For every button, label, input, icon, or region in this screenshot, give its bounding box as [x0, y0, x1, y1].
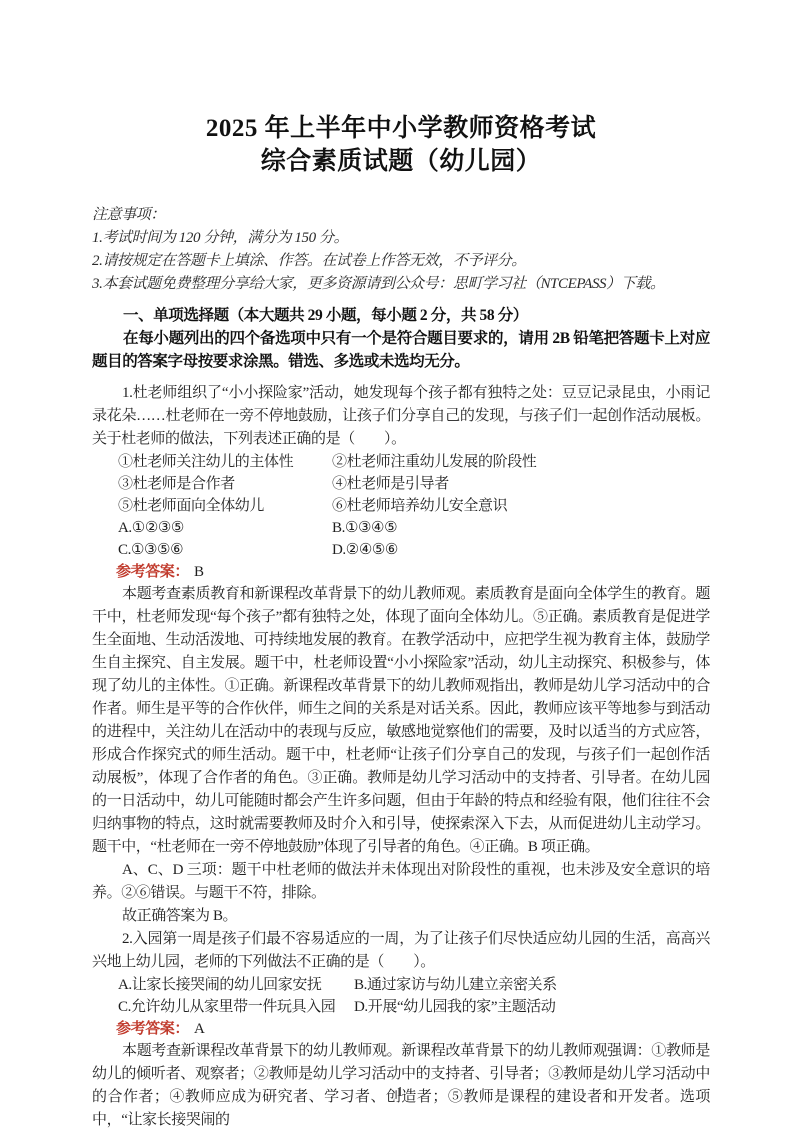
option-c: C.①③⑤⑥ [92, 539, 332, 561]
option-item-1: ①杜老师关注幼儿的主体性 [92, 451, 332, 473]
option-row: C.允许幼儿从家里带一件玩具入园 D.开展“幼儿园我的家”主题活动 [92, 996, 710, 1018]
answer-label: 参考答案： [116, 564, 189, 580]
question-1-stem: 1.杜老师组织了“小小探险家”活动，她发现每个孩子都有独特之处：豆豆记录昆虫，小… [92, 382, 710, 451]
page-number: 1 [0, 1085, 800, 1101]
answer-value: A [194, 1021, 204, 1037]
notice-item: 3.本套试题免费整理分享给大家，更多资源请到公众号：思町学习社（NTCEPASS… [92, 273, 710, 296]
option-b: B.①③④⑤ [332, 517, 710, 539]
question-2-stem: 2.入园第一周是孩子们最不容易适应的一周，为了让孩子们尽快适应幼儿园的生活，高高… [92, 928, 710, 974]
option-row: ③杜老师是合作者 ④杜老师是引导者 [92, 473, 710, 495]
option-d: D.开展“幼儿园我的家”主题活动 [354, 996, 710, 1018]
notice-item: 2.请按规定在答题卡上填涂、作答。在试卷上作答无效，不予评分。 [92, 250, 710, 273]
question-1-analysis-3: 故正确答案为 B。 [92, 905, 710, 928]
document-title: 2025 年上半年中小学教师资格考试 综合素质试题（幼儿园） [92, 112, 710, 178]
option-row: A.让家长接哭闹的幼儿回家安抚 B.通过家访与幼儿建立亲密关系 [92, 974, 710, 996]
option-row: A.①②③⑤ B.①③④⑤ [92, 517, 710, 539]
section-heading: 一、单项选择题（本大题共 29 小题，每小题 2 分，共 58 分） [92, 304, 710, 327]
option-item-4: ④杜老师是引导者 [332, 473, 710, 495]
option-row: ⑤杜老师面向全体幼儿 ⑥杜老师培养幼儿安全意识 [92, 495, 710, 517]
question-1-analysis-1: 本题考查素质教育和新课程改革背景下的幼儿教师观。素质教育是面向全体学生的教育。题… [92, 583, 710, 859]
option-row: C.①③⑤⑥ D.②④⑤⑥ [92, 539, 710, 561]
answer-label: 参考答案： [116, 1021, 189, 1037]
option-d: D.②④⑤⑥ [332, 539, 710, 561]
question-2-answer-line: 参考答案：A [92, 1018, 710, 1040]
section-instruction: 在每小题列出的四个备选项中只有一个是符合题目要求的，请用 2B 铅笔把答题卡上对… [92, 327, 710, 373]
question-2-options: A.让家长接哭闹的幼儿回家安抚 B.通过家访与幼儿建立亲密关系 C.允许幼儿从家… [92, 974, 710, 1018]
question-1-answer-line: 参考答案：B [92, 561, 710, 583]
notice-section: 注意事项： 1.考试时间为 120 分钟，满分为 150 分。 2.请按规定在答… [92, 204, 710, 296]
question-1-analysis-2: A、C、D 三项：题干中杜老师的做法并未体现出对阶段性的重视，也未涉及安全意识的… [92, 859, 710, 905]
option-a: A.①②③⑤ [92, 517, 332, 539]
option-item-2: ②杜老师注重幼儿发展的阶段性 [332, 451, 710, 473]
option-row: ①杜老师关注幼儿的主体性 ②杜老师注重幼儿发展的阶段性 [92, 451, 710, 473]
notice-item: 1.考试时间为 120 分钟，满分为 150 分。 [92, 227, 710, 250]
option-c: C.允许幼儿从家里带一件玩具入园 [92, 996, 354, 1018]
page-content: 2025 年上半年中小学教师资格考试 综合素质试题（幼儿园） 注意事项： 1.考… [0, 0, 800, 1131]
document-title-line2: 综合素质试题（幼儿园） [92, 145, 710, 178]
question-1-options: ①杜老师关注幼儿的主体性 ②杜老师注重幼儿发展的阶段性 ③杜老师是合作者 ④杜老… [92, 451, 710, 561]
notice-heading: 注意事项： [92, 204, 710, 227]
document-title-line1: 2025 年上半年中小学教师资格考试 [92, 112, 710, 145]
option-item-6: ⑥杜老师培养幼儿安全意识 [332, 495, 710, 517]
option-a: A.让家长接哭闹的幼儿回家安抚 [92, 974, 354, 996]
document-page: 2025 年上半年中小学教师资格考试 综合素质试题（幼儿园） 注意事项： 1.考… [0, 0, 800, 1131]
option-b: B.通过家访与幼儿建立亲密关系 [354, 974, 710, 996]
answer-value: B [194, 564, 204, 580]
option-item-5: ⑤杜老师面向全体幼儿 [92, 495, 332, 517]
option-item-3: ③杜老师是合作者 [92, 473, 332, 495]
